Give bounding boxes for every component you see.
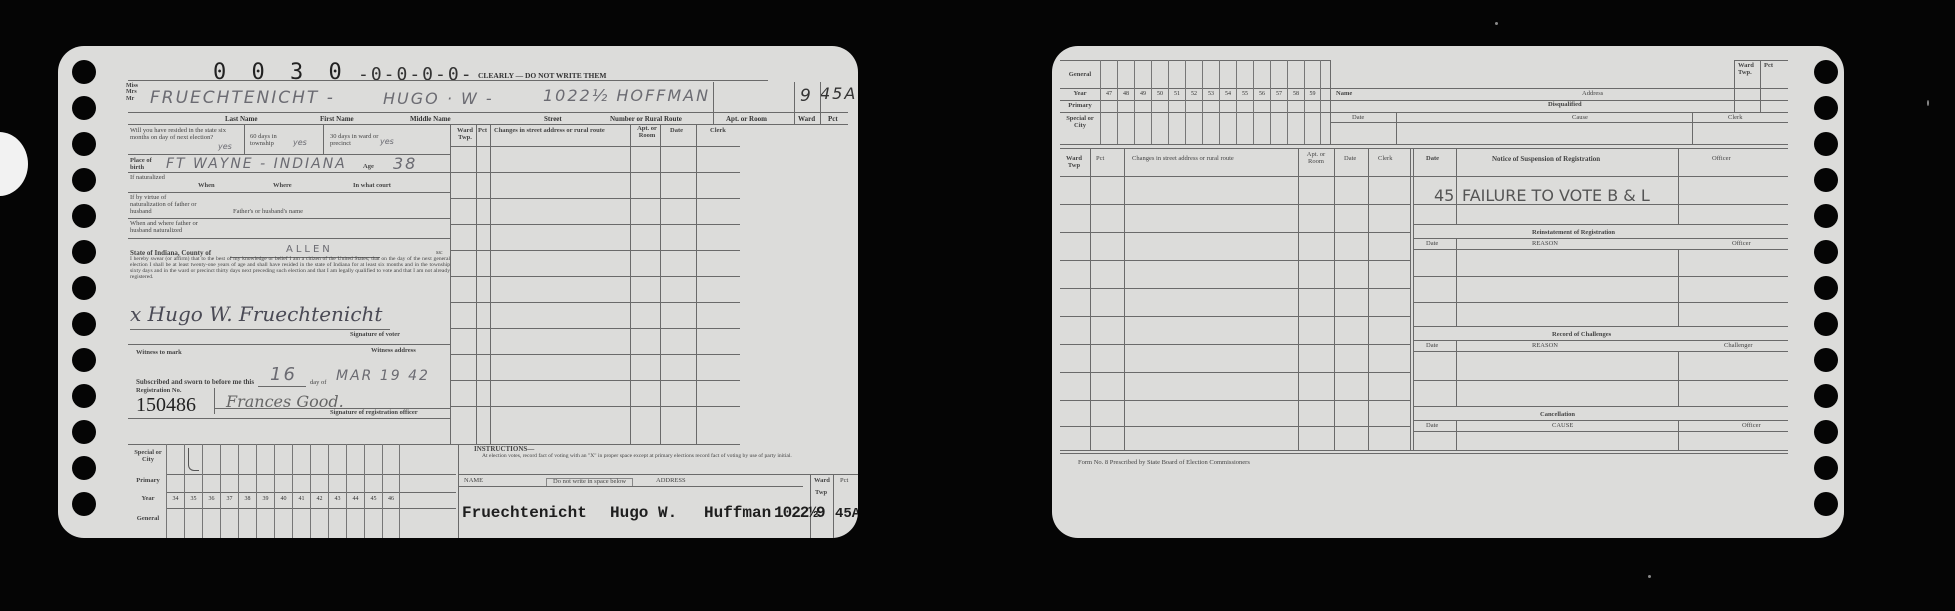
rule: [1413, 302, 1788, 303]
rule: [128, 238, 450, 239]
header-rule: [128, 80, 768, 81]
last-name-handwritten: FRUECHTENICHT -: [150, 88, 335, 108]
rule: [128, 124, 848, 125]
rule: [1413, 204, 1788, 205]
street-handwritten: 1022½ HOFFMAN: [543, 86, 710, 105]
rule: [1413, 431, 1788, 432]
change-header-pct: Pct: [478, 128, 487, 135]
back-name-label: Name: [1336, 91, 1352, 98]
reinstatement-title: Reinstatement of Registration: [1532, 230, 1615, 237]
rule: [1060, 144, 1788, 145]
vote-grid-years: 34 35 36 37 38 39 40 41 42 43 44 45 46: [166, 444, 400, 538]
back-change-header-clerk: Clerk: [1378, 156, 1392, 163]
year-cell[interactable]: 36: [202, 444, 220, 538]
age-value: 38: [393, 154, 417, 173]
label-street: Street: [544, 116, 562, 123]
back-change-header-date: Date: [1344, 156, 1356, 163]
year-cell[interactable]: 37: [220, 444, 238, 538]
signature-rule: [130, 329, 390, 330]
rule: [128, 344, 450, 345]
table-row-rule: [450, 250, 740, 251]
table-row-rule: [450, 276, 740, 277]
year-cell[interactable]: 58: [1287, 60, 1304, 144]
signature-label: Signature of voter: [350, 332, 400, 339]
back-grid-label-primary: Primary: [1060, 103, 1100, 110]
typed-ward: 9: [816, 504, 826, 522]
rule: [458, 474, 858, 475]
residence-question-3: 30 days in ward or precinct: [330, 134, 385, 148]
punch-hole: [72, 132, 96, 156]
when-label: When: [198, 183, 215, 190]
punch-hole: [1814, 96, 1838, 120]
footer-pct-label: Pct: [840, 478, 848, 485]
rule: [128, 192, 450, 193]
back-change-header-address: Changes in street address or rural route: [1132, 156, 1234, 163]
punch-hole: [72, 96, 96, 120]
year-cell[interactable]: 48: [1117, 60, 1134, 144]
naturalized-label: If naturalized: [130, 175, 166, 182]
punch-hole: [72, 348, 96, 372]
back-vote-grid-years: 47 48 49 50 51 52 53 54 55 56 57 58 59: [1100, 60, 1321, 144]
cancellation-title: Cancellation: [1540, 412, 1575, 419]
day-of-label: day of: [310, 380, 326, 387]
reinstatement-header-date: Date: [1426, 241, 1438, 248]
punch-hole: [72, 420, 96, 444]
punch-hole: [72, 204, 96, 228]
punch-hole: [1814, 168, 1838, 192]
rule: [1456, 238, 1457, 326]
place-of-birth-value: FT WAYNE - INDIANA: [166, 156, 347, 172]
year-cell[interactable]: 45: [364, 444, 382, 538]
rule: [1334, 148, 1335, 450]
table-row-rule: [450, 380, 740, 381]
cancellation-header-date: Date: [1426, 423, 1438, 430]
footer-address-label: ADDRESS: [656, 478, 686, 485]
rule: [1413, 276, 1788, 277]
table-row-rule: [450, 198, 740, 199]
punch-hole: [1814, 276, 1838, 300]
rule: [1330, 60, 1331, 144]
instructions-text: At election votes, record fact of voting…: [482, 454, 858, 460]
suspension-entry-date: 45: [1434, 186, 1454, 205]
change-header-address: Changes in street address or rural route: [494, 128, 605, 135]
rule: [1124, 148, 1125, 450]
serial-number: 0 0 3 0: [213, 60, 348, 85]
ward-handwritten: 9: [800, 86, 813, 106]
table-row-rule: [450, 224, 740, 225]
year-cell[interactable]: 38: [238, 444, 256, 538]
change-header-date: Date: [670, 128, 683, 135]
rule: [1060, 453, 1788, 454]
label-number-rural: Number or Rural Route: [610, 116, 682, 123]
rule: [1456, 340, 1457, 406]
court-label: In what court: [353, 183, 391, 190]
suspension-header-officer: Officer: [1712, 156, 1731, 163]
table-row-rule: [1060, 372, 1410, 373]
rule: [128, 218, 450, 219]
grid-label-special: Special or City: [130, 450, 166, 464]
year-cell[interactable]: 42: [310, 444, 328, 538]
grid-label-primary: Primary: [130, 478, 166, 485]
punch-hole: [72, 492, 96, 516]
year-cell[interactable]: 46: [382, 444, 400, 538]
year-cell[interactable]: 56: [1253, 60, 1270, 144]
rule: [458, 444, 459, 538]
change-header-clerk: Clerk: [710, 128, 726, 135]
rule: [1396, 112, 1397, 144]
punch-hole: [72, 60, 96, 84]
typed-number: 1022½: [774, 504, 817, 522]
rule: [323, 124, 324, 154]
rule: [1734, 60, 1735, 112]
scan-artifact: [0, 132, 28, 196]
rule: [1413, 148, 1414, 450]
reinstatement-header-officer: Officer: [1732, 241, 1751, 248]
punch-hole: [72, 384, 96, 408]
rule: [1734, 60, 1788, 61]
challenges-title: Record of Challenges: [1552, 332, 1611, 339]
label-last-name: Last Name: [225, 116, 257, 123]
residence-question-1: Will you have resided in the state six m…: [130, 128, 235, 142]
rule: [128, 172, 450, 173]
rule: [1692, 112, 1693, 144]
rule: [214, 388, 215, 414]
rule: [1413, 340, 1788, 341]
salutation-options: Miss Mrs Mr: [126, 83, 138, 102]
back-address-label: Address: [1582, 91, 1603, 98]
when-where-label: When and where father or husband natural…: [130, 221, 200, 235]
rule: [1413, 420, 1788, 421]
rule: [1413, 238, 1788, 239]
table-row-rule: [1060, 426, 1410, 427]
residence-answer-2: yes: [293, 138, 307, 147]
back-pct-label: Pct: [1764, 63, 1773, 70]
label-apt-room: Apt. or Room: [726, 116, 767, 123]
suspension-entry-text: FAILURE TO VOTE B & L: [1462, 186, 1650, 205]
year-cell[interactable]: 40: [274, 444, 292, 538]
year-cell[interactable]: 52: [1185, 60, 1202, 144]
challenges-header-date: Date: [1426, 343, 1438, 350]
rule: [1678, 351, 1679, 406]
rule: [1413, 406, 1788, 407]
witness-label: Witness to mark: [136, 350, 182, 357]
witness-address-label: Witness address: [371, 348, 416, 355]
rule: [794, 82, 795, 124]
residence-answer-1: yes: [218, 142, 232, 151]
header-instruction: CLEARLY — DO NOT WRITE THEM: [478, 72, 606, 80]
table-row-rule: [450, 172, 740, 173]
footer-ward-label: Ward: [814, 478, 830, 485]
table-row-rule: [1060, 260, 1410, 261]
by-virtue-label: If by virtue of naturalization of father…: [130, 195, 200, 215]
table-row-rule: [1060, 204, 1410, 205]
punch-hole: [72, 456, 96, 480]
cancellation-header-cause: CAUSE: [1552, 423, 1573, 430]
place-of-birth-label: Place of birth: [130, 158, 158, 172]
change-header-apt: Apt. or Room: [634, 126, 660, 140]
back-change-header-apt: Apt. or Room: [1302, 152, 1330, 166]
year-cell[interactable]: 59: [1304, 60, 1321, 144]
rule: [1060, 450, 1788, 451]
serial-overprint: -0-0-0-0-: [358, 64, 474, 85]
rule: [1298, 148, 1299, 450]
rule: [1413, 351, 1788, 352]
punch-hole: [1814, 204, 1838, 228]
year-cell[interactable]: 34: [166, 444, 184, 538]
back-grid-label-general: General: [1060, 72, 1100, 79]
oath-text: I hereby swear (or affirm) that to the b…: [130, 257, 450, 280]
residence-answer-3: yes: [380, 137, 394, 146]
voter-signature: x Hugo W. Fruechtenicht: [130, 302, 382, 326]
table-row-rule: [1060, 344, 1410, 345]
year-cell[interactable]: 50: [1151, 60, 1168, 144]
back-grid-label-year: Year: [1060, 91, 1100, 98]
year-cell[interactable]: 43: [328, 444, 346, 538]
cancellation-header-officer: Officer: [1742, 423, 1761, 430]
rule: [1456, 420, 1457, 450]
disqualified-title: Disqualified: [1548, 102, 1582, 109]
rule: [1330, 122, 1788, 123]
year-cell[interactable]: 57: [1270, 60, 1287, 144]
year-cell[interactable]: 49: [1134, 60, 1151, 144]
grid-pencil-mark: [188, 448, 199, 471]
year-cell[interactable]: 51: [1168, 60, 1185, 144]
punch-hole: [1814, 60, 1838, 84]
grid-label-year: Year: [130, 496, 166, 503]
punch-hole: [1814, 348, 1838, 372]
table-row-rule: [450, 406, 740, 407]
suspension-header-date: Date: [1426, 156, 1439, 163]
punch-hole: [72, 312, 96, 336]
rule: [1678, 148, 1679, 224]
punch-hole: [72, 240, 96, 264]
rule: [458, 486, 803, 487]
rule: [1090, 148, 1091, 450]
punch-hole: [72, 168, 96, 192]
rule: [833, 474, 834, 538]
rule: [1413, 326, 1788, 327]
back-change-header-pct: Pct: [1096, 156, 1104, 163]
footer-name-label: NAME: [464, 478, 483, 485]
punch-hole: [1814, 132, 1838, 156]
scan-speck: [1495, 22, 1498, 25]
label-first-name: First Name: [320, 116, 354, 123]
rule: [1368, 148, 1369, 450]
registration-number: 150486: [136, 394, 196, 417]
rule: [1456, 148, 1457, 224]
punch-hole: [1814, 384, 1838, 408]
rule: [1413, 224, 1788, 225]
punch-hole: [1814, 312, 1838, 336]
back-change-header-ward: Ward Twp: [1062, 156, 1086, 170]
rule: [1410, 148, 1411, 450]
rule: [1678, 249, 1679, 326]
punch-hole: [72, 276, 96, 300]
punch-hole: [1814, 456, 1838, 480]
table-row-rule: [1060, 288, 1410, 289]
label-pct: Pct: [828, 116, 838, 123]
reinstatement-header-reason: REASON: [1532, 241, 1558, 248]
table-row-rule: [1060, 400, 1410, 401]
first-middle-handwritten: HUGO · W -: [383, 89, 494, 108]
rule: [1413, 380, 1788, 381]
rule: [713, 82, 714, 124]
rule: [1413, 249, 1788, 250]
disqualified-header-cause: Cause: [1572, 115, 1588, 122]
registration-card-front: 0 0 3 0 -0-0-0-0- CLEARLY — DO NOT WRITE…: [58, 46, 858, 538]
rule: [450, 146, 740, 147]
scan-speck: [1927, 100, 1929, 106]
rule: [1678, 420, 1679, 450]
back-ward-twp-label: Ward Twp.: [1738, 63, 1758, 77]
suspension-header-notice: Notice of Suspension of Registration: [1492, 156, 1600, 163]
fathers-name-label: Father's or husband's name: [233, 209, 303, 216]
back-grid-label-special: Special or City: [1060, 116, 1100, 130]
residence-question-2: 60 days in township: [250, 134, 290, 148]
table-row-rule: [1060, 316, 1410, 317]
year-cell[interactable]: 53: [1202, 60, 1219, 144]
punch-hole: [1814, 492, 1838, 516]
county-value: ALLEN: [286, 244, 333, 255]
rule: [258, 386, 306, 387]
year-cell[interactable]: 44: [346, 444, 364, 538]
challenges-header-reason: REASON: [1532, 343, 1558, 350]
age-label: Age: [363, 164, 374, 171]
year-cell[interactable]: 41: [292, 444, 310, 538]
punch-hole: [1814, 240, 1838, 264]
where-label: Where: [273, 183, 292, 190]
form-footer: Form No. 8 Prescribed by State Board of …: [1078, 460, 1250, 467]
typed-first-name: Hugo W.: [610, 504, 677, 522]
typed-last-name: Fruechtenicht: [462, 504, 587, 522]
typed-street: Huffman: [704, 504, 771, 522]
table-row-rule: [450, 354, 740, 355]
precinct-handwritten: 45A: [820, 84, 857, 103]
table-row-rule: [1060, 232, 1410, 233]
punch-hole: [1814, 420, 1838, 444]
day-handwritten: 16: [270, 364, 297, 385]
disqualified-header-date: Date: [1352, 115, 1364, 122]
year-cell[interactable]: 47: [1100, 60, 1117, 144]
rule: [128, 418, 450, 419]
year-cell[interactable]: 39: [256, 444, 274, 538]
rule: [244, 124, 245, 154]
year-cell[interactable]: 55: [1236, 60, 1253, 144]
grid-label-general: General: [130, 516, 166, 523]
month-year-handwritten: MAR 19 42: [336, 368, 430, 384]
change-header-ward: Ward Twp.: [454, 128, 476, 142]
footer-twp-label: Twp: [815, 490, 827, 497]
registration-card-back: General Year Primary Special or City 47 …: [1052, 46, 1844, 538]
label-middle-name: Middle Name: [410, 116, 451, 123]
table-row-rule: [450, 328, 740, 329]
officer-signature-label: Signature of registration officer: [330, 410, 418, 417]
typed-precinct: 45A: [835, 506, 858, 522]
subscribed-label: Subscribed and sworn to before me this: [136, 379, 254, 386]
label-ward: Ward: [798, 116, 815, 123]
rule: [1760, 60, 1761, 112]
scan-speck: [1648, 575, 1651, 578]
challenges-header-challenger: Challenger: [1724, 343, 1753, 350]
year-cell[interactable]: 54: [1219, 60, 1236, 144]
disqualified-header-clerk: Clerk: [1728, 115, 1742, 122]
rule: [820, 82, 821, 124]
table-row-rule: [450, 302, 740, 303]
name-rule: [128, 112, 848, 113]
